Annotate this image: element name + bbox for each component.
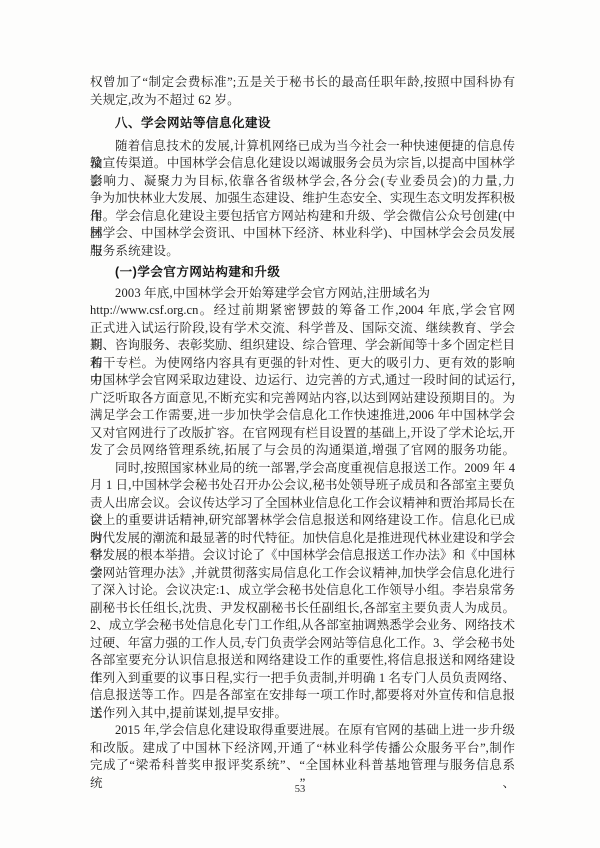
- text-line: 工作列入其中,提前谋划,提早安排。: [90, 705, 515, 723]
- text-line: 同时,按照国家林业局的统一部署,学会高度重视信息报送工作。2009 年 4: [90, 460, 515, 478]
- text-line: 作列入到重要的议事日程,实行一把手负责制,并明确 1 名专门人员负责网络、: [90, 670, 515, 688]
- text-line: 服务系统建设。: [90, 243, 515, 261]
- text-line: 各部室要充分认识信息报送和网络建设工作的重要性,将信息报送和网络建设工: [90, 652, 515, 670]
- text-line: 发了会员网络管理系统,拓展了与会员的沟通渠道,增强了官网的服务功能。: [90, 442, 515, 460]
- text-line: http://www.csf.org.cn。经过前期紧密锣鼓的筹备工作,2004…: [90, 302, 515, 320]
- text-line: 若干专栏。为使网络内容具有更强的针对性、更大的吸引力、更有效的影响力,: [90, 355, 515, 373]
- text-line: 刊、咨询服务、表彰奖励、组织建设、综合管理、学会新闻等十多个固定栏目和: [90, 337, 515, 355]
- text-line: 又对官网进行了改版扩容。在官网现有栏目设置的基础上,开设了学术论坛,开: [90, 425, 515, 443]
- text-line: 月 1 日,中国林学会秘书处召开办公会议,秘书处领导班子成员和各部室主要负: [90, 477, 515, 495]
- text-line: 学发展的根本举措。会议讨论了《中国林学会信息报送工作办法》和《中国林学: [90, 547, 515, 565]
- text-line: 信息报送等工作。四是各部室在安排每一项工作时,都要将对外宣传和信息报送: [90, 687, 515, 705]
- text-line: 和改版。建成了中国林下经济网,开通了“林业科学传播公众服务平台”,制作: [90, 740, 515, 758]
- page-number: 53: [0, 784, 600, 795]
- text-line: 完成了“梁希科普奖申报评奖系统”、“全国林业科普基地管理与服务信息系统”、: [90, 757, 515, 775]
- text-block: 权曾加了“制定会费标准”;五是关于秘书长的最高任职年龄,按照中国科协有关规定,改…: [90, 74, 515, 775]
- text-line: 副秘书长任组长,沈贵、尹发权副秘书长任副组长,各部室主要负责人为成员。: [90, 600, 515, 618]
- text-line: 2003 年底,中国林学会开始筹建学会官方网站,注册域名为: [90, 285, 515, 303]
- text-line: 2015 年,学会信息化建设取得重要进展。在原有官网的基础上进一步升级: [90, 722, 515, 740]
- text-line: 责人出席会议。会议传达学习了全国林业信息化工作会议精神和贾治邦局长在会: [90, 495, 515, 513]
- text-line: 随着信息技术的发展,计算机网络已成为当今社会一种快速便捷的信息传输: [90, 138, 515, 156]
- text-line: 用。学会信息化建设主要包括官方网站构建和升级、学会微信公众号创建(中国: [90, 208, 515, 226]
- subsection-heading: (一)学会官方网站构建和升级: [90, 264, 515, 282]
- text-line: 中国林学会官网采取边建设、边运行、边完善的方式,通过一段时间的试运行,: [90, 372, 515, 390]
- text-line: 正式进入试运行阶段,设有学术交流、科学普及、国际交流、继续教育、学会期: [90, 320, 515, 338]
- text-line: 林学会、中国林学会资讯、中国林下经济、林业科学)、中国林学会会员发展与: [90, 225, 515, 243]
- text-line: 及宣传渠道。中国林学会信息化建设以竭诚服务会员为宗旨,以提高中国林学会: [90, 155, 515, 173]
- text-line: 时代发展的潮流和最显著的时代特征。加快信息化是推进现代林业建设和学会科: [90, 530, 515, 548]
- text-line: 广泛听取各方面意见,不断充实和完善网站内容,以达到网站建设预期目的。为: [90, 390, 515, 408]
- text-line: 议上的重要讲话精神,研究部署林学会信息报送和网络建设工作。信息化已成为: [90, 512, 515, 530]
- text-line: 会网站管理办法》,并就贯彻落实局信息化工作会议精神,加快学会信息化进行: [90, 565, 515, 583]
- text-line: 过硬、年富力强的工作人员,专门负责学会网站等信息化工作。3、学会秘书处: [90, 635, 515, 653]
- text-line: 影响力、凝聚力为目标,依靠各省级林学会,各分会(专业委员会)的力量,力: [90, 173, 515, 191]
- section-heading: 八、学会网站等信息化建设: [90, 115, 515, 133]
- text-line: 争为加快林业大发展、加强生态建设、维护生态安全、实现生态文明发挥积极作: [90, 190, 515, 208]
- text-line: 2、成立学会秘书处信息化专门工作组,从各部室抽调熟悉学会业务、网络技术: [90, 617, 515, 635]
- text-line: 满足学会工作需要,进一步加快学会信息化工作快速推进,2006 年中国林学会: [90, 407, 515, 425]
- text-line: 关规定,改为不超过 62 岁。: [90, 92, 515, 110]
- document-page: 权曾加了“制定会费标准”;五是关于秘书长的最高任职年龄,按照中国科协有关规定,改…: [0, 0, 600, 848]
- text-line: 权曾加了“制定会费标准”;五是关于秘书长的最高任职年龄,按照中国科协有: [90, 74, 515, 92]
- text-line: 了深入讨论。会议决定:1、成立学会秘书处信息化工作领导小组。李岩泉常务: [90, 582, 515, 600]
